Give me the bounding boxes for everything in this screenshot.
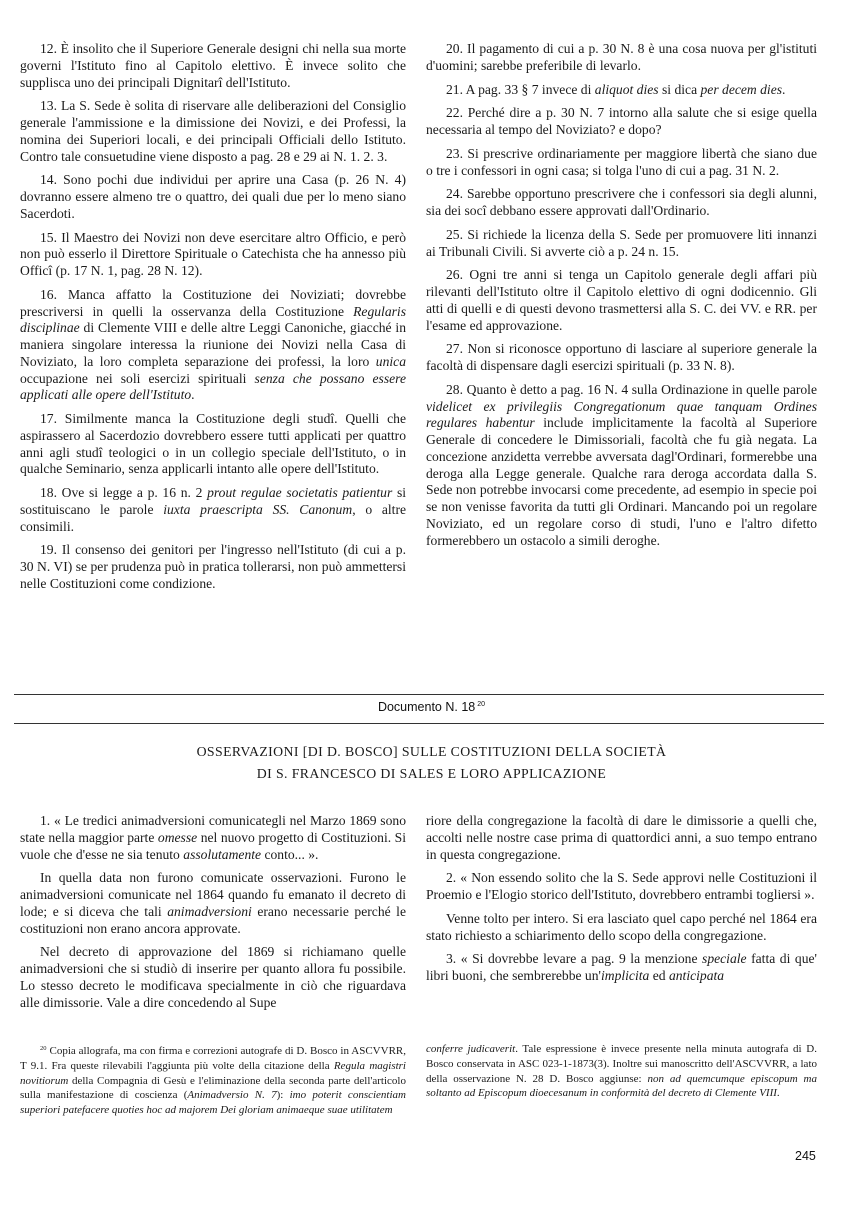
paragraph-1: 1. « Le tredici animadversioni comunicat…	[20, 813, 406, 863]
document-title: OSSERVAZIONI [DI D. BOSCO] SULLE COSTITU…	[0, 741, 863, 785]
footnote-20: 20Copia allografa, ma con firma e correz…	[20, 1042, 406, 1118]
text-run: 2. « Non essendo solito che la S. Sede a…	[426, 870, 817, 902]
paragraph-1a: In quella data non furono comunicate oss…	[20, 870, 406, 937]
paragraph-12: 12. È insolito che il Superiore Generale…	[20, 41, 406, 91]
paragraph-16: 16. Manca affatto la Costituzione dei No…	[20, 287, 406, 404]
italic-text: prout regulae societatis patientur	[207, 485, 392, 500]
paragraph-19: 19. Il consenso dei genitori per l'ingre…	[20, 542, 406, 592]
text-run: 23. Si prescrive ordinariamente per magg…	[426, 146, 817, 178]
text-run: ed	[649, 968, 669, 983]
text-run: 14. Sono pochi due individui per aprire …	[20, 172, 406, 221]
paragraph-3: 3. « Si dovrebbe levare a pag. 9 la menz…	[426, 951, 817, 985]
text-run: 3. « Si dovrebbe levare a pag. 9 la menz…	[446, 951, 702, 966]
page-number: 245	[795, 1149, 816, 1163]
text-run: 13. La S. Sede è solita di riservare all…	[20, 98, 406, 163]
italic-text: conferre judicaverit	[426, 1043, 515, 1055]
paragraph-28: 28. Quanto è detto a pag. 16 N. 4 sulla …	[426, 382, 817, 550]
text-run: 16. Manca affatto la Costituzione dei No…	[20, 287, 406, 319]
paragraph-25: 25. Si richiede la licenza della S. Sede…	[426, 227, 817, 261]
text-run: Nel decreto di approvazione del 1869 si …	[20, 944, 406, 1009]
paragraph-24: 24. Sarebbe opportuno prescrivere che i …	[426, 186, 817, 220]
text-run: riore della congregazione la facoltà di …	[426, 813, 817, 862]
top-right-column: 20. Il pagamento di cui a p. 30 N. 8 è u…	[426, 41, 817, 556]
text-run: ):	[277, 1089, 290, 1101]
document-title-line-1: OSSERVAZIONI [DI D. BOSCO] SULLE COSTITU…	[0, 741, 863, 763]
paragraph-20: 20. Il pagamento di cui a p. 30 N. 8 è u…	[426, 41, 817, 75]
italic-text: implicita	[601, 968, 649, 983]
document-title-line-2: DI S. FRANCESCO DI SALES E LORO APPLICAZ…	[0, 763, 863, 785]
paragraph-23: 23. Si prescrive ordinariamente per magg…	[426, 146, 817, 180]
italic-text: Animadversio N. 7	[187, 1089, 276, 1101]
divider-rule-bottom	[14, 723, 824, 724]
text-run: conto... ».	[261, 847, 318, 862]
italic-text: per decem dies	[701, 82, 783, 97]
text-run: 22. Perché dire a p. 30 N. 7 intorno all…	[426, 105, 817, 137]
footnote-20-continued: conferre judicaverit. Tale espressione è…	[426, 1042, 817, 1101]
text-run: .	[782, 82, 785, 97]
text-run: 18. Ove si legge a p. 16 n. 2	[40, 485, 207, 500]
italic-text: speciale	[702, 951, 747, 966]
text-run: si dica	[659, 82, 701, 97]
paragraph-22: 22. Perché dire a p. 30 N. 7 intorno all…	[426, 105, 817, 139]
bottom-right-column: riore della congregazione la facoltà di …	[426, 813, 817, 992]
paragraph-27: 27. Non si riconosce opportuno di lascia…	[426, 341, 817, 375]
top-left-column: 12. È insolito che il Superiore Generale…	[20, 41, 406, 600]
paragraph-15: 15. Il Maestro dei Novizi non deve eserc…	[20, 230, 406, 280]
document-number-heading: Documento N. 1820	[0, 700, 863, 714]
book-page: 12. È insolito che il Superiore Generale…	[0, 0, 863, 1213]
document-number-label: Documento N. 18	[378, 700, 475, 714]
paragraph-17: 17. Similmente manca la Costituzione deg…	[20, 411, 406, 478]
text-run: 27. Non si riconosce opportuno di lascia…	[426, 341, 817, 373]
paragraph-2a: Venne tolto per intero. Si era lasciato …	[426, 911, 817, 945]
footnote-right-column: conferre judicaverit. Tale espressione è…	[426, 1042, 817, 1101]
bottom-left-column: 1. « Le tredici animadversioni comunicat…	[20, 813, 406, 1018]
italic-text: anticipata	[669, 968, 724, 983]
text-run: 25. Si richiede la licenza della S. Sede…	[426, 227, 817, 259]
text-run: 28. Quanto è detto a pag. 16 N. 4 sulla …	[446, 382, 817, 397]
text-run: occupazione nei soli esercizi spirituali	[20, 371, 255, 386]
text-run: .	[191, 387, 194, 402]
paragraph-13: 13. La S. Sede è solita di riservare all…	[20, 98, 406, 165]
text-run: .	[777, 1087, 780, 1099]
italic-text: iuxta praescripta SS. Canonum	[163, 502, 352, 517]
paragraph-1c: riore della congregazione la facoltà di …	[426, 813, 817, 863]
text-run: 17. Similmente manca la Costituzione deg…	[20, 411, 406, 476]
text-run: 26. Ogni tre anni si tenga un Capitolo g…	[426, 267, 817, 332]
paragraph-14: 14. Sono pochi due individui per aprire …	[20, 172, 406, 222]
italic-text: aliquot dies	[595, 82, 659, 97]
footnote-reference: 20	[477, 701, 485, 708]
text-run: 15. Il Maestro dei Novizi non deve eserc…	[20, 230, 406, 279]
paragraph-26: 26. Ogni tre anni si tenga un Capitolo g…	[426, 267, 817, 334]
paragraph-1b: Nel decreto di approvazione del 1869 si …	[20, 944, 406, 1011]
italic-text: omesse	[158, 830, 197, 845]
text-run: include implicitamente la fa­coltà al Su…	[426, 415, 817, 547]
text-run: Venne tolto per intero. Si era lasciato …	[426, 911, 817, 943]
text-run: 21. A pag. 33 § 7 invece di	[446, 82, 595, 97]
paragraph-18: 18. Ove si legge a p. 16 n. 2 prout regu…	[20, 485, 406, 535]
italic-text: unica	[376, 354, 406, 369]
text-run: 20. Il pagamento di cui a p. 30 N. 8 è u…	[426, 41, 817, 73]
italic-text: assolutamente	[183, 847, 261, 862]
paragraph-2: 2. « Non essendo solito che la S. Sede a…	[426, 870, 817, 904]
divider-rule-top	[14, 694, 824, 695]
text-run: 24. Sarebbe opportuno prescrivere che i …	[426, 186, 817, 218]
text-run: 19. Il consenso dei genitori per l'ingre…	[20, 542, 406, 591]
paragraph-21: 21. A pag. 33 § 7 invece di aliquot dies…	[426, 82, 817, 99]
footnote-left-column: 20Copia allografa, ma con firma e correz…	[20, 1042, 406, 1118]
italic-text: animadversioni	[167, 904, 252, 919]
text-run: 12. È insolito che il Superiore Generale…	[20, 41, 406, 90]
footnote-marker: 20	[40, 1045, 47, 1052]
